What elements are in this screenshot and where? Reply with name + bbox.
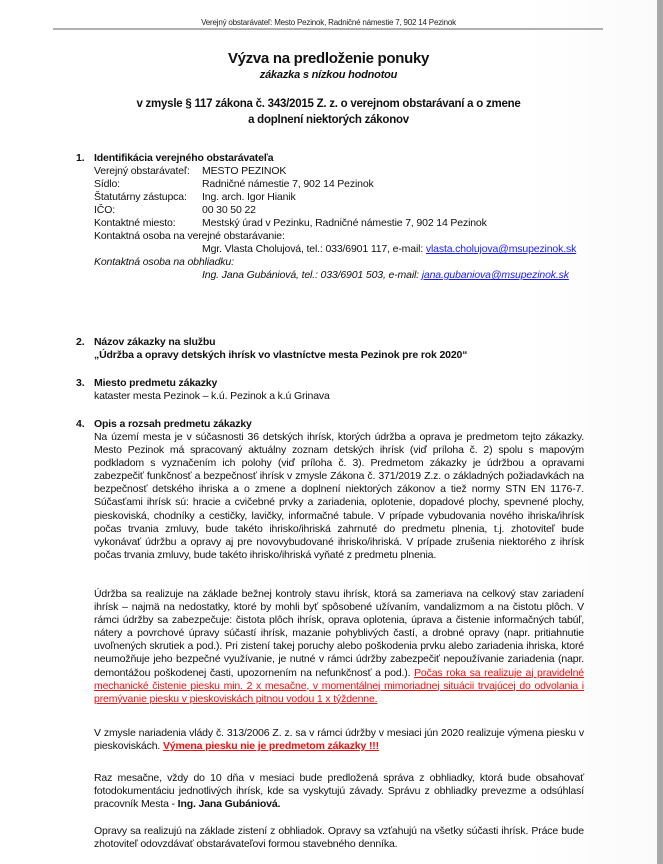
- legal-basis-line2: a doplnení niektorých zákonov: [0, 112, 657, 128]
- sand-exchange-warning: Výmena piesku nie je predmetom zákazky !…: [163, 740, 379, 752]
- procurement-contact: Mgr. Vlasta Cholujová, tel.: 033/6901 11…: [94, 243, 584, 256]
- page-edge-shadow: [657, 0, 663, 864]
- responsible-person: Ing. Jana Gubániová.: [178, 798, 281, 810]
- document-title: Výzva na predloženie ponuky: [0, 50, 657, 67]
- field-row: IČO:00 30 50 22: [94, 204, 584, 217]
- inspection-contact: Ing. Jana Gubániová, tel.: 033/6901 503,…: [94, 269, 584, 282]
- section-number: 4.: [76, 418, 84, 431]
- inspection-email-link[interactable]: jana.gubaniova@msupezinok.sk: [422, 269, 569, 281]
- header-divider: [53, 28, 603, 30]
- inspection-contact-label: Kontaktná osoba na obhliadku:: [94, 256, 584, 269]
- scope-paragraph-5: Opravy sa realizujú na základe zistení z…: [94, 825, 584, 851]
- section-heading: Identifikácia verejného obstarávateľa: [94, 152, 273, 165]
- section-heading: Miesto predmetu zákazky: [94, 377, 217, 390]
- scope-paragraph-1: Na území mesta je v súčasnosti 36 detský…: [94, 431, 584, 562]
- field-row: Sídlo:Radničné námestie 7, 902 14 Pezino…: [94, 178, 584, 191]
- document-page: Verejný obstarávateľ: Mesto Pezinok, Rad…: [0, 0, 657, 864]
- section-heading: Opis a rozsah predmetu zákazky: [94, 418, 252, 431]
- field-row: Kontaktné miesto:Mestský úrad v Pezinku,…: [94, 217, 584, 230]
- section-heading: Názov zákazky na službu: [94, 336, 215, 349]
- scope-paragraph-3: V zmysle nariadenia vlády č. 313/2006 Z.…: [94, 727, 584, 753]
- field-row: Verejný obstarávateľ:MESTO PEZINOK: [94, 165, 584, 178]
- procurement-contact-label: Kontaktná osoba na verejné obstarávanie:: [94, 230, 584, 243]
- procurement-email-link[interactable]: vlasta.cholujova@msupezinok.sk: [426, 243, 576, 255]
- contract-name: „Údržba a opravy detských ihrísk vo vlas…: [94, 349, 584, 362]
- section-number: 2.: [76, 336, 84, 349]
- section-number: 3.: [76, 377, 84, 390]
- legal-basis: v zmysle § 117 zákona č. 343/2015 Z. z. …: [0, 96, 657, 128]
- contracting-authority-details: Verejný obstarávateľ:MESTO PEZINOK Sídlo…: [94, 165, 584, 282]
- field-row: Štatutárny zástupca:Ing. arch. Igor Hian…: [94, 191, 584, 204]
- scope-paragraph-4: Raz mesačne, vždy do 10 dňa v mesiaci bu…: [94, 772, 584, 811]
- legal-basis-line1: v zmysle § 117 zákona č. 343/2015 Z. z. …: [0, 96, 657, 112]
- page-header: Verejný obstarávateľ: Mesto Pezinok, Rad…: [0, 18, 657, 27]
- section-number: 1.: [76, 152, 84, 165]
- document-subtitle: zákazka s nízkou hodnotou: [0, 69, 657, 81]
- scope-paragraph-2: Údržba sa realizuje na základe bežnej ko…: [94, 588, 584, 706]
- contract-location: kataster mesta Pezinok – k.ú. Pezinok a …: [94, 390, 584, 403]
